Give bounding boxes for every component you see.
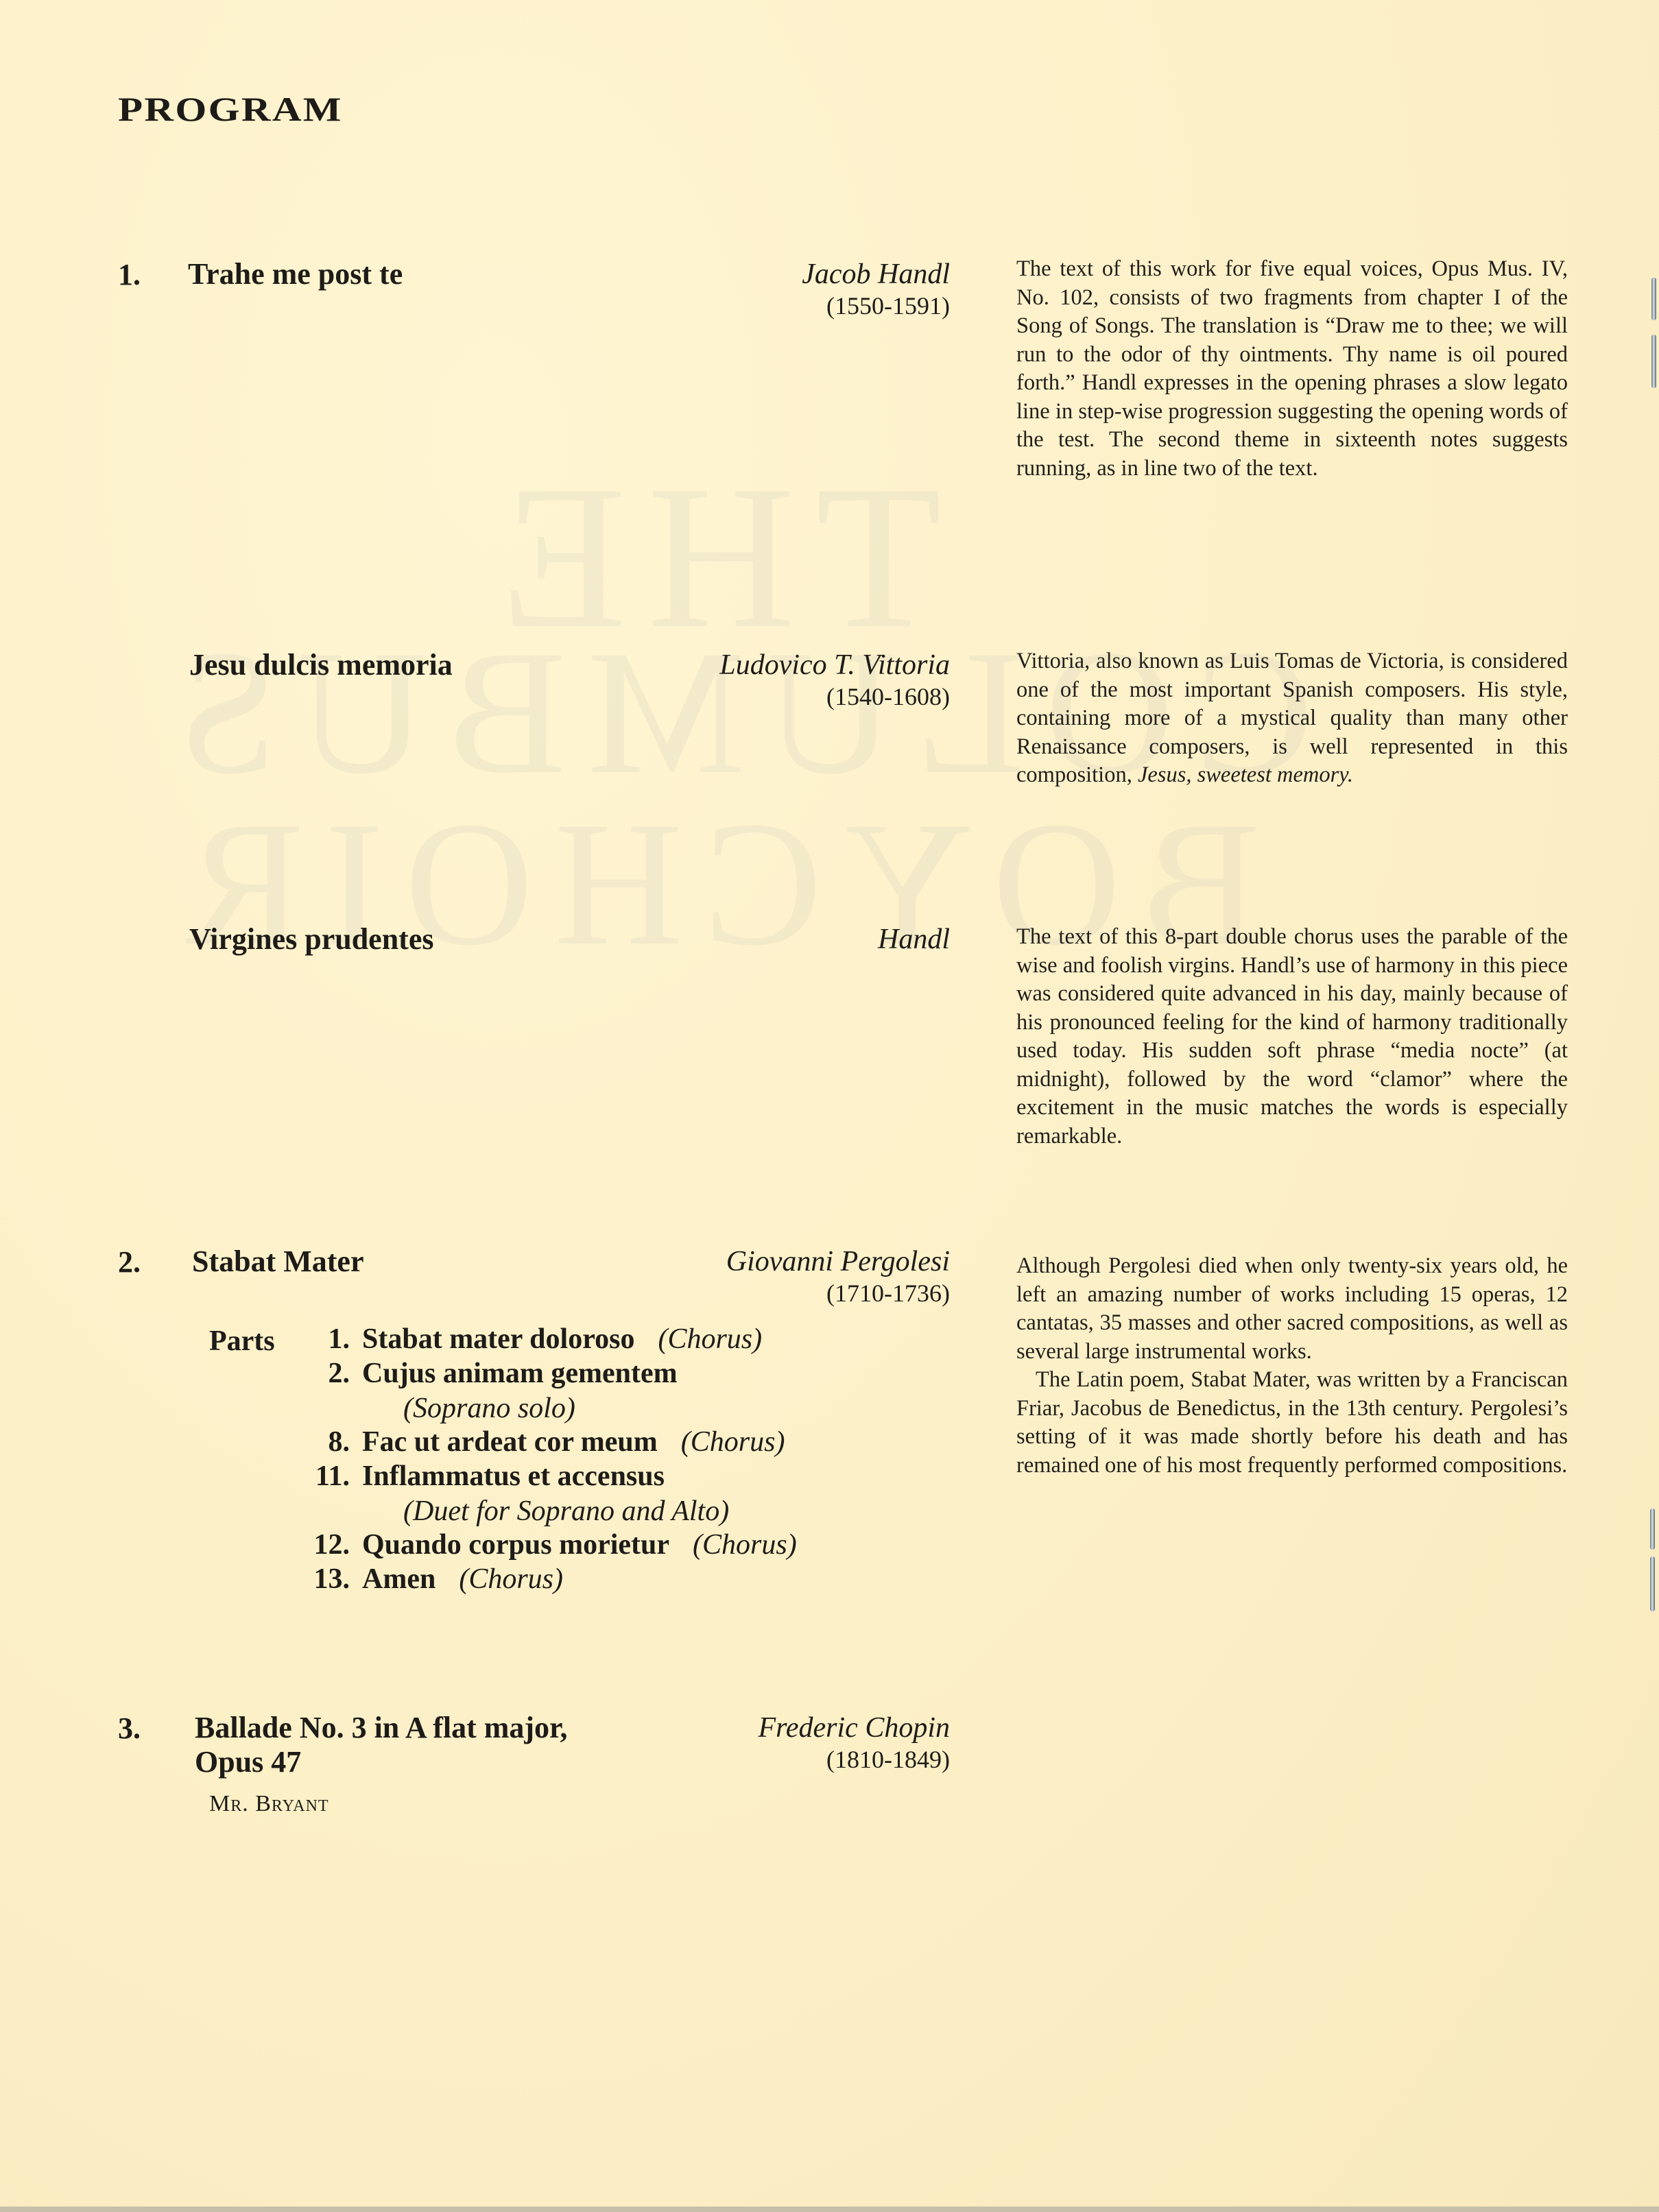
part-title: Fac ut ardeat cor meum xyxy=(362,1426,658,1458)
note-italic-text: Jesus, sweetest memory. xyxy=(1138,762,1353,787)
part-row: 1.Stabat mater doloroso(Chorus) xyxy=(288,1322,762,1356)
part-row: 2.Cujus animam gementem xyxy=(288,1356,678,1391)
composer-name: Jacob Handl xyxy=(470,259,950,290)
part-number: 11. xyxy=(288,1459,350,1493)
piece-title-line-2: Opus 47 xyxy=(195,1745,301,1779)
part-role: (Soprano solo) xyxy=(403,1392,575,1425)
part-row: 11.Inflammatus et accensus xyxy=(288,1459,665,1493)
part-title: Quando corpus morietur xyxy=(362,1529,669,1561)
composer: Ludovico T. Vittoria (1540-1608) xyxy=(470,649,950,712)
part-title: Inflammatus et accensus xyxy=(362,1460,665,1492)
part-title: Amen xyxy=(362,1563,435,1595)
composer-name: Giovanni Pergolesi xyxy=(470,1246,950,1277)
program-note: The text of this work for five equal voi… xyxy=(1016,255,1568,483)
part-row: 8.Fac ut ardeat cor meum(Chorus) xyxy=(288,1425,785,1459)
piece-title: Stabat Mater xyxy=(192,1245,364,1279)
part-number: 8. xyxy=(288,1425,350,1459)
composer: Giovanni Pergolesi (1710-1736) xyxy=(470,1246,950,1309)
composer-years: (1710-1736) xyxy=(470,1277,950,1309)
parts-label: Parts xyxy=(209,1325,275,1358)
composer-years: (1540-1608) xyxy=(470,681,950,712)
piece-title: Trahe me post te xyxy=(188,257,403,291)
program-note: Although Pergolesi died when only twenty… xyxy=(1016,1252,1568,1480)
item-number: 3. xyxy=(118,1711,141,1746)
composer: Handl xyxy=(470,924,950,955)
piece-title: Jesu dulcis memoria xyxy=(189,648,453,682)
part-role: (Chorus) xyxy=(693,1529,797,1561)
part-row: 12.Quando corpus morietur(Chorus) xyxy=(288,1528,797,1562)
note-paragraph: The Latin poem, Stabat Mater, was writte… xyxy=(1016,1366,1568,1480)
part-role: (Chorus) xyxy=(658,1323,762,1355)
part-title: Stabat mater doloroso xyxy=(362,1323,634,1355)
part-role: (Duet for Soprano and Alto) xyxy=(403,1495,729,1528)
part-number: 13. xyxy=(288,1562,350,1596)
performer: Mr. Bryant xyxy=(209,1791,329,1817)
staple-icon xyxy=(1651,335,1656,388)
composer-name: Frederic Chopin xyxy=(470,1712,950,1744)
part-number: 2. xyxy=(288,1356,350,1391)
part-role: (Chorus) xyxy=(681,1426,785,1458)
page-title: PROGRAM xyxy=(118,89,343,129)
part-role: (Chorus) xyxy=(459,1563,563,1595)
composer: Frederic Chopin (1810-1849) xyxy=(470,1712,950,1775)
composer: Jacob Handl (1550-1591) xyxy=(470,259,950,322)
part-title: Cujus animam gementem xyxy=(362,1358,678,1389)
note-paragraph: Although Pergolesi died when only twenty… xyxy=(1016,1252,1568,1366)
page-edge xyxy=(0,2207,1659,2212)
part-number: 1. xyxy=(288,1322,350,1356)
piece-title: Virgines prudentes xyxy=(189,922,434,957)
program-note: The text of this 8-part double chorus us… xyxy=(1016,923,1568,1151)
composer-years: (1810-1849) xyxy=(470,1744,950,1775)
staple-icon xyxy=(1651,278,1656,320)
item-number: 1. xyxy=(118,257,141,292)
part-row: 13.Amen(Chorus) xyxy=(288,1562,563,1596)
program-note: Vittoria, also known as Luis Tomas de Vi… xyxy=(1016,647,1568,790)
staple-icon xyxy=(1650,1556,1655,1611)
composer-years: (1550-1591) xyxy=(470,290,950,322)
composer-name: Handl xyxy=(470,924,950,955)
composer-name: Ludovico T. Vittoria xyxy=(470,649,950,681)
item-number: 2. xyxy=(118,1245,141,1279)
part-number: 12. xyxy=(288,1528,350,1562)
staple-icon xyxy=(1650,1508,1655,1550)
